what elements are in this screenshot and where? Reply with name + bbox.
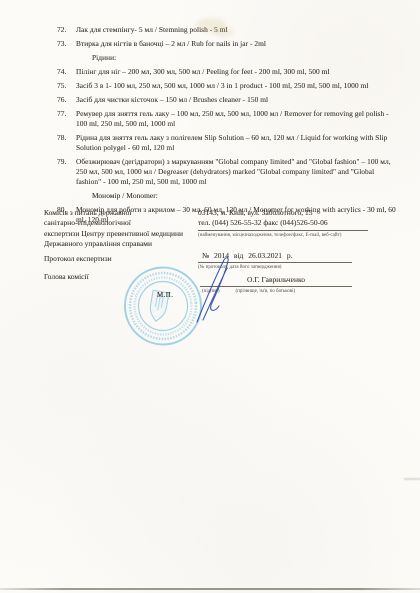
item-number: 79. [57,157,72,187]
scan-streak [404,478,420,480]
item-text: Мономір / Monomer: [76,191,398,201]
document-page: 72.Лак для стемпінгу- 5 мл / Stemning po… [0,0,420,593]
section-label: Мономір / Monomer: [57,191,398,201]
list-item: 73.Втирка для нігтів в баночці – 2 мл / … [57,39,398,49]
scan-smudge [212,27,234,37]
page-bottom-edge [0,588,420,590]
item-text: Рідини: [76,53,398,63]
item-text: Втирка для нігтів в баночці – 2 мл / Rub… [76,39,398,49]
section-label: Рідини: [57,53,398,63]
address-line: 03143, м. Київ, вул. Заболотного, 15 [198,208,374,218]
phone-line: тел. (044) 526-55-32 факс (044)526-50-06 [198,218,368,230]
item-text: Засіб для чистки кісточок – 150 мл / Bru… [76,95,398,105]
protocol-label: Протокол експертизи [44,254,112,264]
item-number: 72. [57,25,72,35]
list-item: 76.Засіб для чистки кісточок – 150 мл / … [57,95,398,105]
item-number: 74. [57,67,72,77]
item-text: Рідина для зняття гель лаку з полігелем … [76,133,398,153]
stamp-place-label: М.П. [157,291,173,299]
list-item: 77.Ремувер для зняття гель лаку – 100 мл… [57,109,398,129]
head-label: Голова комісії [44,272,89,282]
list-item: 79.Обезжирювач (дегідратори) з маркуванн… [57,157,398,187]
item-text: Засіб 3 в 1- 100 мл, 250 мл, 500 мл, 100… [76,81,398,91]
item-number [57,53,72,63]
list-item: 75.Засіб 3 в 1- 100 мл, 250 мл, 500 мл, … [57,81,398,91]
item-text: Обезжирювач (дегідратори) з маркуванням … [76,157,398,187]
item-number [57,191,72,201]
commission-name: Комісія з питань державної санітарно-епі… [44,208,209,249]
address-note: (найменування, місцезнаходження, телефон… [198,232,374,239]
product-list: 72.Лак для стемпінгу- 5 мл / Stemning po… [57,25,398,229]
item-number: 76. [57,95,72,105]
address-block: 03143, м. Київ, вул. Заболотного, 15 тел… [198,208,374,239]
item-number: 77. [57,109,72,129]
list-item: 78.Рідина для зняття гель лаку з полігел… [57,133,398,153]
list-item: 74.Пілінг для ніг – 200 мл, 300 мл, 500 … [57,67,398,77]
item-text: Пілінг для ніг – 200 мл, 300 мл, 500 мл … [76,67,398,77]
item-number: 75. [57,81,72,91]
item-number: 73. [57,39,72,49]
item-text: Ремувер для зняття гель лаку – 100 мл, 2… [76,109,398,129]
handwritten-signature [185,250,245,330]
item-text: Лак для стемпінгу- 5 мл / Stemning polis… [76,25,398,35]
item-number: 78. [57,133,72,153]
